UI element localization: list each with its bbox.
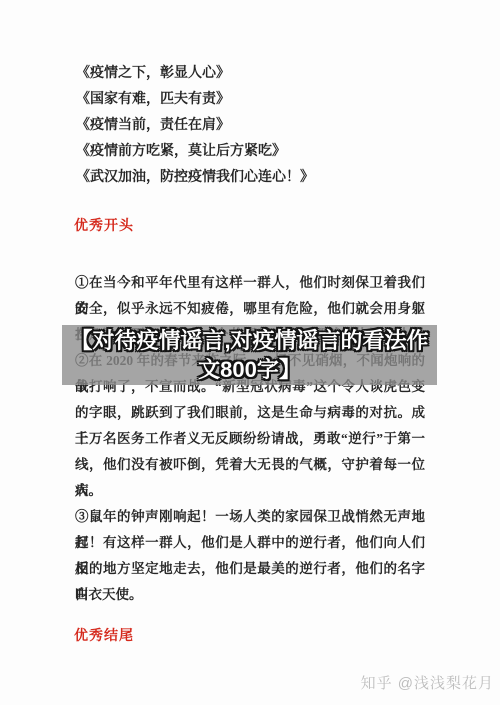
body-text-line: ①在当今和平年代里有这样一群人，他们时刻保卫着我们的 [75,270,425,296]
essay-document-page: 《疫情之下，彰显人心》《国家有难，匹夫有责》《疫情当前，责任在肩》《疫情前方吃紧… [0,0,500,705]
body-text-line: 人。 [75,478,425,504]
caption-overlay-line-2: 文800字】 [198,355,301,384]
paragraph-3: ③鼠年的钟声刚响起！一场人类的家园保卫战悄然无声地打起！有这样一群人，他们是人群… [75,504,425,608]
body-text-line: 的字眼，跳跃到了我们眼前，这是生命与病毒的对抗。成千 [75,400,425,426]
opening-section-heading: 优秀开头 [74,216,134,234]
essay-title-line: 《疫情当前，责任在肩》 [76,113,436,139]
essay-title-line: 《疫情前方吃紧，莫让后方紧吃》 [76,139,436,165]
caption-overlay-line-1: 【对待疫情谣言,对疫情谣言的看法作 [70,326,428,355]
ending-section-heading: 优秀结尾 [74,626,134,644]
essay-title-line: 《国家有难，匹夫有责》 [76,87,436,113]
essay-title-list: 《疫情之下，彰显人心》《国家有难，匹夫有责》《疫情当前，责任在肩》《疫情前方吃紧… [76,61,436,191]
essay-title-line: 《武汉加油，防控疫情我们心连心！》 [76,165,436,191]
essay-body: ①在当今和平年代里有这样一群人，他们时刻保卫着我们的安全，似乎永远不知疲倦，哪里… [75,270,425,608]
body-text-line: 线，他们没有被吓倒，凭着大无畏的气概，守护着每一位病 [75,452,425,478]
body-text-line: ③鼠年的钟声刚响起！一场人类的家园保卫战悄然无声地打 [75,504,425,530]
body-text-line: 白衣天使。 [75,582,425,608]
body-text-line: 反的地方坚定地走去，他们是最美的逆行者，他们的名字叫 [75,556,425,582]
caption-overlay-band: 【对待疫情谣言,对疫情谣言的看法作 文800字】 [62,325,437,385]
zhihu-watermark: 知乎 @浅浅梨花月 [361,676,494,692]
essay-title-line: 《疫情之下，彰显人心》 [76,61,436,87]
body-text-line: 上万名医务工作者义无反顾纷纷请战，勇敢“逆行”于第一 [75,426,425,452]
body-text-line: 安全，似乎永远不知疲倦，哪里有危险，他们就会用身躯挡 [75,296,425,322]
body-text-line: 起！有这样一群人，他们是人群中的逆行者，他们向人们相 [75,530,425,556]
